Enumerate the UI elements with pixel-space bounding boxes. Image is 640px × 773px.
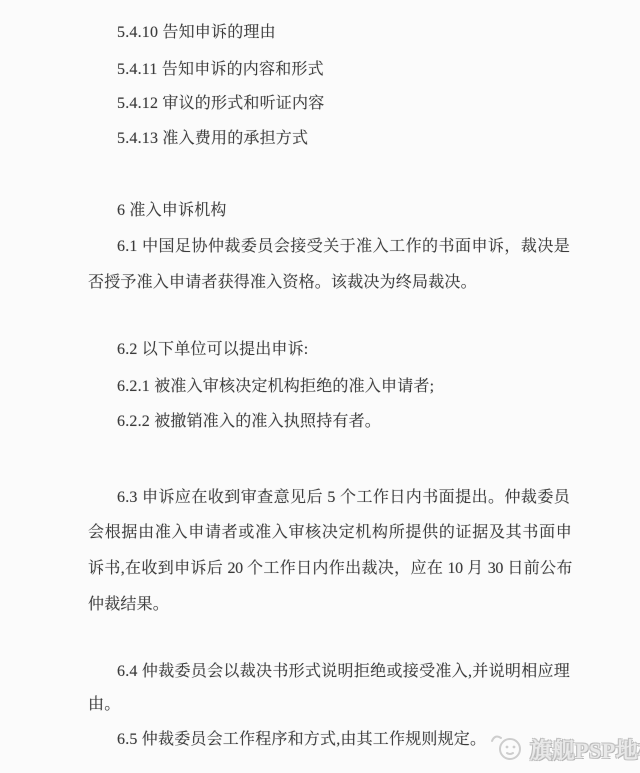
document-line: 5.4.12 审议的形式和听证内容	[117, 92, 324, 116]
document-line: 6.5 仲裁委员会工作程序和方式,由其工作规则规定。	[117, 728, 486, 752]
document-line: 否授予准入申请者获得准入资格。该裁决为终局裁决。	[88, 271, 477, 295]
document-line: 5.4.10 告知申诉的理由	[117, 21, 276, 45]
watermark-text: 旗舰PSP地板	[530, 734, 640, 765]
document-line: 6.4 仲裁委员会以裁决书形式说明拒绝或接受准入,并说明相应理	[117, 660, 570, 684]
document-line: 6.2.1 被准入审核决定机构拒绝的准入申请者;	[117, 375, 434, 399]
document-page: 5.4.10 告知申诉的理由 5.4.11 告知申诉的内容和形式 5.4.12 …	[0, 0, 640, 773]
mascot-face-icon	[490, 731, 526, 768]
section-heading: 6 准入申诉机构	[117, 199, 227, 223]
document-line: 仲裁结果。	[88, 593, 169, 617]
document-line: 6.2.2 被撤销准入的准入执照持有者。	[117, 410, 381, 434]
document-line: 6.1 中国足协仲裁委员会接受关于准入工作的书面申诉，裁决是	[117, 235, 570, 259]
document-line: 6.3 申诉应在收到审查意见后 5 个工作日内书面提出。仲裁委员	[117, 486, 570, 510]
document-line: 由。	[88, 693, 120, 717]
document-line: 诉书,在收到申诉后 20 个工作日内作出裁决，应在 10 月 30 日前公布	[88, 557, 572, 581]
document-line: 会根据由准入申请者或准入审核决定机构所提供的证据及其书面申	[88, 521, 572, 545]
document-line: 5.4.13 准入费用的承担方式	[117, 127, 308, 151]
document-line: 5.4.11 告知申诉的内容和形式	[117, 58, 324, 82]
watermark: 旗舰PSP地板	[490, 731, 640, 768]
document-line: 6.2 以下单位可以提出申诉:	[117, 338, 308, 362]
